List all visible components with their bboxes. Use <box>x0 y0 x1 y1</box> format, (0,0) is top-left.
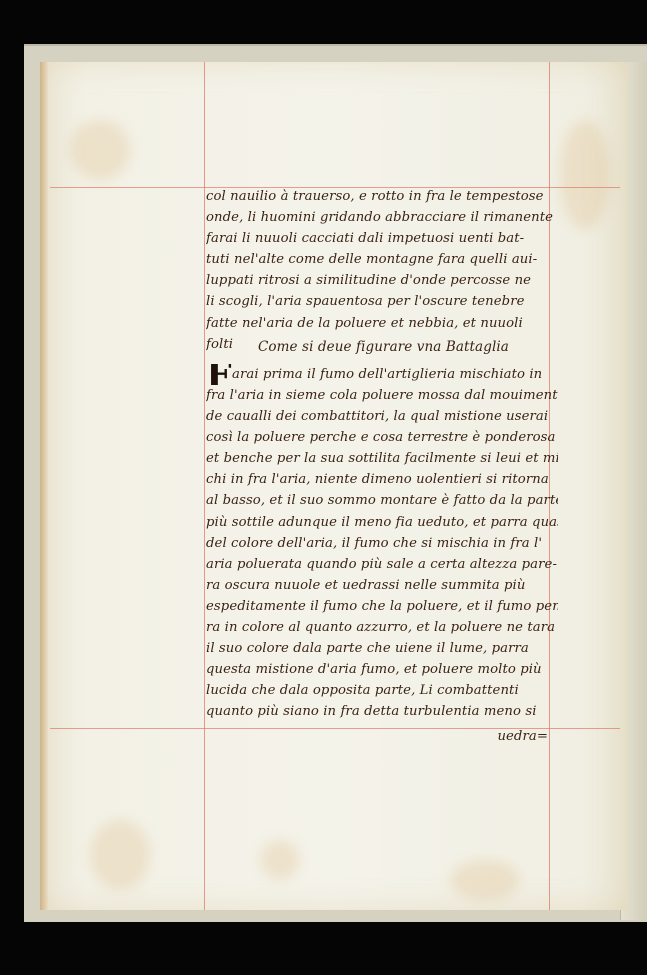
drop-cap: F <box>206 364 232 385</box>
text-line: del colore dell'aria, il fumo che si mis… <box>206 533 558 554</box>
text-line: ra in colore al quanto azzurro, et la po… <box>206 617 558 638</box>
text-line-first: F arai prima il fumo dell'artiglieria mi… <box>206 364 558 385</box>
margin-rule-left <box>204 62 205 910</box>
text-line: il suo colore dala parte che uiene il lu… <box>206 638 558 659</box>
text-line: et benche per la sua sottilita facilment… <box>206 448 558 469</box>
text-line: li scogli, l'aria spauentosa per l'oscur… <box>206 291 558 312</box>
text-line: arai prima il fumo dell'artiglieria misc… <box>232 367 542 382</box>
text-line: de caualli dei combattitori, la qual mis… <box>206 406 558 427</box>
foxing-stain <box>560 120 610 230</box>
text-line: col nauilio à trauerso, e rotto in fra l… <box>206 186 558 207</box>
foxing-stain <box>90 820 150 890</box>
section-heading: Come si deue figurare vna Battaglia <box>206 337 558 358</box>
text-line: fra l'aria in sieme cola poluere mossa d… <box>206 385 558 406</box>
text-line: chi in fra l'aria, niente dimeno uolenti… <box>206 469 558 490</box>
text-line: onde, li huomini gridando abbracciare il… <box>206 207 558 228</box>
text-line: ra oscura nuuole et uedrassi nelle summi… <box>206 575 558 596</box>
manuscript-text: col nauilio à trauerso, e rotto in fra l… <box>206 186 558 748</box>
text-line: fatte nel'aria de la poluere et nebbia, … <box>206 313 558 334</box>
text-line: aria poluerata quando più sale a certa a… <box>206 554 558 575</box>
text-line: più sottile adunque il meno fia ueduto, … <box>206 512 558 533</box>
foxing-stain <box>260 840 300 880</box>
text-line: al basso, et il suo sommo montare è fatt… <box>206 490 558 511</box>
foxing-stain <box>70 120 130 180</box>
text-line: espeditamente il fumo che la poluere, et… <box>206 596 558 617</box>
text-line: luppati ritrosi a similitudine d'onde pe… <box>206 270 558 291</box>
page-gutter-edge <box>40 62 48 910</box>
text-line: quanto più siano in fra detta turbulenti… <box>206 701 558 722</box>
text-line: lucida che dala opposita parte, Li comba… <box>206 680 558 701</box>
text-line: così la poluere perche e cosa terrestre … <box>206 427 558 448</box>
text-line: questa mistione d'aria fumo, et poluere … <box>206 659 558 680</box>
text-line: farai li nuuoli cacciati dali impetuosi … <box>206 228 558 249</box>
foxing-stain <box>450 860 520 900</box>
catchword: uedra= <box>206 726 558 747</box>
text-line: tuti nel'alte come delle montagne fara q… <box>206 249 558 270</box>
